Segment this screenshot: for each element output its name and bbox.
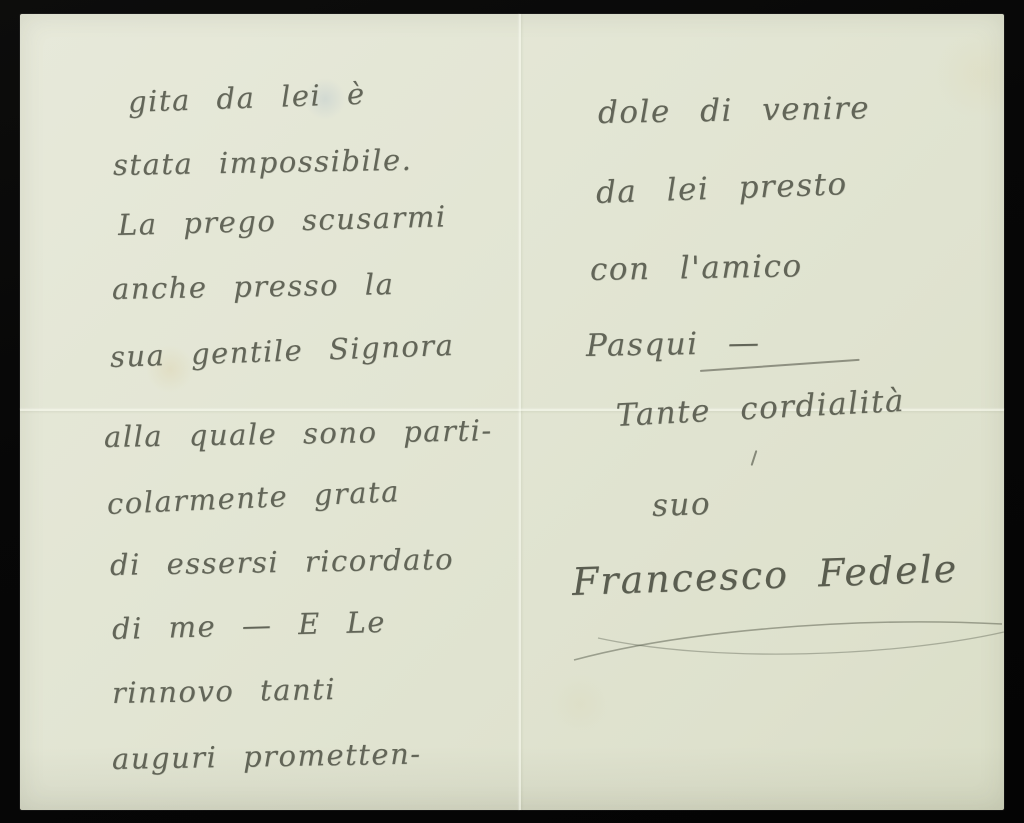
letter-sheet: gita da lei è stata impossibile. La preg… bbox=[20, 14, 1004, 810]
handwriting-line: auguri prometten- bbox=[112, 737, 422, 776]
handwriting-line: di me — E Le bbox=[112, 605, 387, 646]
handwriting-line: La prego scusarmi bbox=[118, 199, 447, 242]
handwriting-line: dole di venire bbox=[598, 90, 871, 131]
handwriting-line: Tante cordialità bbox=[615, 383, 906, 434]
handwriting-line: sua gentile Signora bbox=[109, 328, 455, 374]
handwriting-line: con l'amico bbox=[590, 248, 803, 288]
handwriting-line: alla quale sono parti- bbox=[104, 413, 493, 454]
handwriting-line: di essersi ricordato bbox=[110, 542, 455, 582]
signature-flourish bbox=[568, 598, 1008, 678]
comma-mark bbox=[751, 450, 758, 466]
photo-background: gita da lei è stata impossibile. La preg… bbox=[0, 0, 1024, 823]
handwriting-line: gita da lei è bbox=[127, 77, 366, 119]
handwriting-line: suo bbox=[651, 486, 711, 524]
handwriting-line: colarmente grata bbox=[106, 474, 400, 521]
handwriting-line: stata impossibile. bbox=[113, 143, 413, 182]
handwriting-line: anche presso la bbox=[112, 267, 395, 306]
signature: Francesco Fedele bbox=[571, 547, 959, 604]
handwriting-line: rinnovo tanti bbox=[112, 672, 337, 710]
handwriting-line: Pasqui — bbox=[586, 325, 761, 364]
vertical-fold-crease bbox=[519, 14, 521, 810]
handwriting-line: da lei presto bbox=[595, 166, 848, 211]
